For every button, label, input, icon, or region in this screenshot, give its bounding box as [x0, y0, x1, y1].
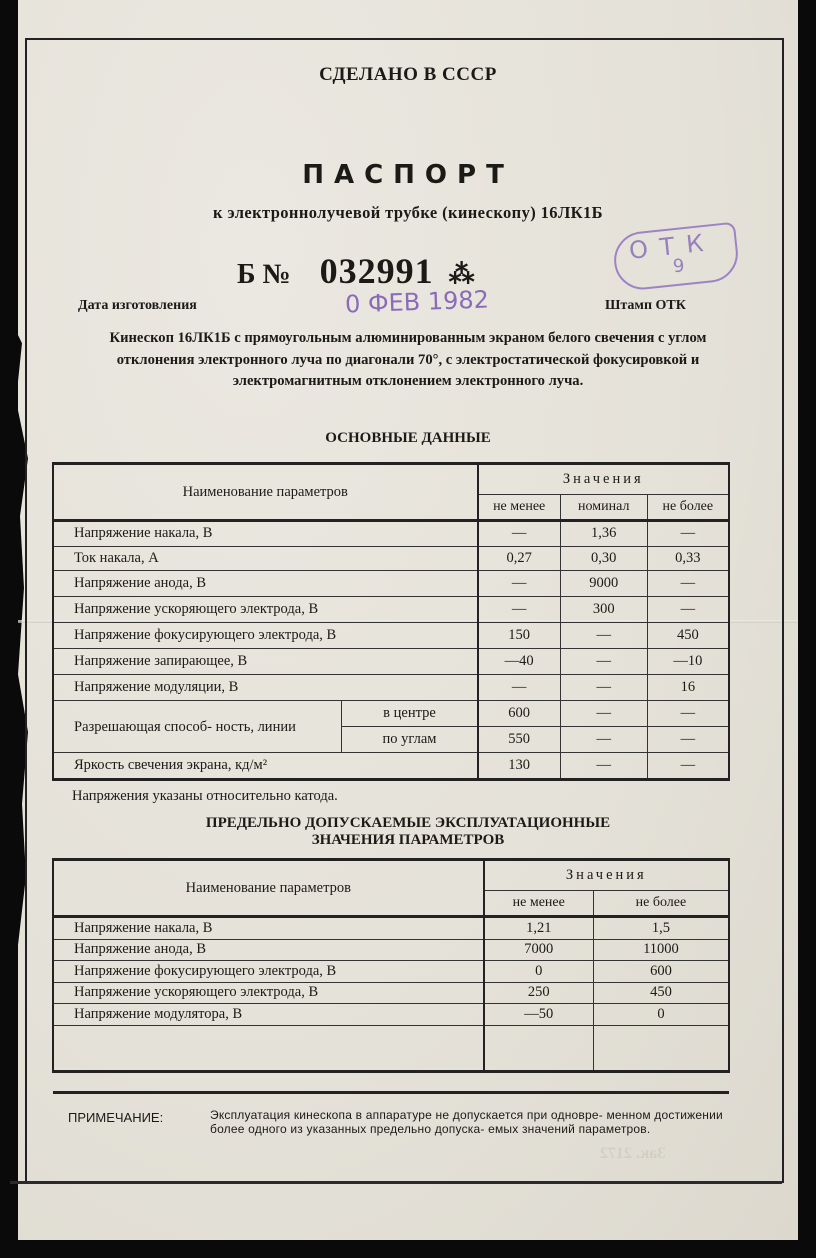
table-row: Напряжение фокусирующего электрода, В 0 …	[53, 961, 729, 983]
table-row: Напряжение модуляции, В — — 16	[53, 675, 729, 701]
resolution-center-label: в центре	[342, 701, 478, 727]
table-row: Напряжение накала, В 1,21 1,5	[53, 917, 729, 940]
description: Кинескоп 16ЛК1Б с прямоугольным алюминир…	[80, 328, 736, 393]
table-row: Напряжение ускоряющего электрода, В — 30…	[53, 597, 729, 623]
table-row-empty	[53, 1071, 729, 1092]
serial-mark-icon: ⁂	[449, 260, 475, 289]
main-data-heading: ОСНОВНЫЕ ДАННЫЕ	[0, 430, 816, 447]
serial-number: 032991	[320, 251, 434, 291]
document-subtitle: к электроннолучевой трубке (кинескопу) 1…	[0, 203, 816, 223]
main-data-table: Наименование параметров Значения не мене…	[52, 462, 730, 781]
manufacture-date-stamp: 0 ФЕВ 1982	[345, 285, 490, 318]
note-text: Эксплуатация кинескопа в аппаратуре не д…	[210, 1109, 738, 1136]
frame-bottom-rule	[10, 1181, 782, 1184]
made-in-ussr: СДЕЛАНО В СССР	[0, 64, 816, 86]
serial-prefix: Б №	[237, 259, 291, 290]
col-header-values: Значения	[478, 464, 729, 495]
col-header-values: Значения	[484, 860, 729, 891]
limits-heading: ПРЕДЕЛЬНО ДОПУСКАЕМЫЕ ЭКСПЛУАТАЦИОННЫЕ З…	[0, 815, 816, 849]
col-header-name: Наименование параметров	[53, 464, 478, 521]
col-header-name: Наименование параметров	[53, 860, 484, 917]
voltage-footnote: Напряжения указаны относительно катода.	[72, 788, 338, 805]
col-header-min: не менее	[484, 890, 594, 916]
table-row: Напряжение фокусирующего электрода, В 15…	[53, 623, 729, 649]
resolution-corner-label: по углам	[342, 727, 478, 753]
limits-table: Наименование параметров Значения не мене…	[52, 858, 730, 1094]
table-row: Напряжение анода, В — 9000 —	[53, 571, 729, 597]
note-label: ПРИМЕЧАНИЕ:	[68, 1110, 163, 1125]
table-row-empty	[53, 1025, 729, 1071]
col-header-min: не менее	[478, 494, 561, 520]
print-order-code: Зак. 2172	[600, 1145, 666, 1163]
table-row-resolution-center: Разрешающая способ- ность, линии в центр…	[53, 701, 729, 727]
manufacture-date-label: Дата изготовления	[78, 298, 197, 314]
serial-line: Б № 032991 ⁂	[237, 250, 475, 292]
table-row: Ток накала, А 0,27 0,30 0,33	[53, 546, 729, 571]
otk-stamp-digit: 9	[672, 255, 686, 277]
col-header-max: не более	[647, 494, 729, 520]
col-header-max: не более	[593, 890, 729, 916]
table-row: Напряжение анода, В 7000 11000	[53, 939, 729, 961]
table-row: Напряжение накала, В — 1,36 —	[53, 521, 729, 547]
limits-heading-line1: ПРЕДЕЛЬНО ДОПУСКАЕМЫЕ ЭКСПЛУАТАЦИОННЫЕ	[0, 815, 816, 832]
table-row: Напряжение модулятора, В —50 0	[53, 1004, 729, 1026]
document-title: ПАСПОРТ	[0, 160, 816, 190]
table-row: Напряжение запирающее, В —40 — —10	[53, 649, 729, 675]
otk-stamp-label: Штамп ОТК	[605, 298, 686, 314]
table-row-brightness: Яркость свечения экрана, кд/м² 130 — —	[53, 753, 729, 780]
col-header-nom: номинал	[560, 494, 647, 520]
limits-heading-line2: ЗНАЧЕНИЯ ПАРАМЕТРОВ	[0, 832, 816, 849]
table-row: Напряжение ускоряющего электрода, В 250 …	[53, 982, 729, 1004]
